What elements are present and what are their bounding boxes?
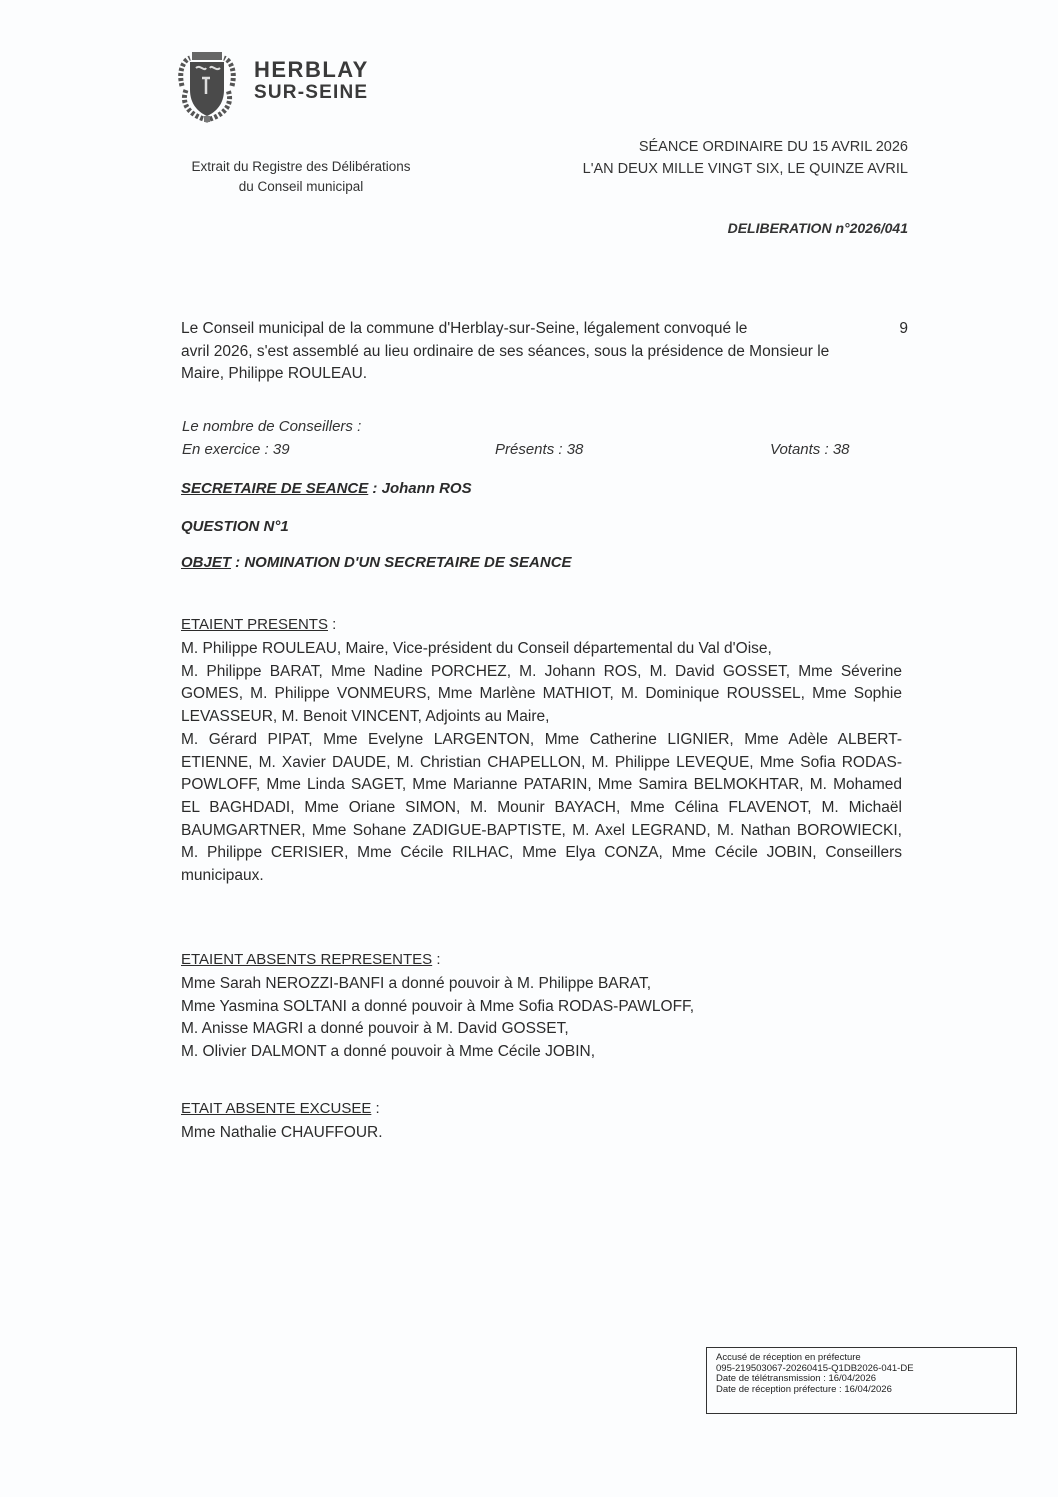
stamp-title: Accusé de réception en préfecture: [716, 1353, 1007, 1364]
intro-line-2: avril 2026, s'est assemblé au lieu ordin…: [181, 341, 908, 364]
absents-representes-title-text: ETAIENT ABSENTS REPRESENTES: [181, 951, 432, 968]
absente-excusee-title-text: ETAIT ABSENTE EXCUSEE: [181, 1100, 371, 1117]
prefecture-receipt-stamp: Accusé de réception en préfecture 095-21…: [706, 1347, 1017, 1414]
intro-paragraph: Le Conseil municipal de la commune d'Her…: [181, 318, 908, 386]
coat-of-arms-icon: [176, 50, 238, 124]
absente-excusee-title: ETAIT ABSENTE EXCUSEE :: [181, 1100, 380, 1117]
absente-excusee-list: Mme Nathalie CHAUFFOUR.: [181, 1122, 383, 1145]
presents-title-suffix: :: [328, 616, 336, 633]
list-item: M. Olivier DALMONT a donné pouvoir à Mme…: [181, 1041, 694, 1064]
question-number: QUESTION N°1: [181, 518, 289, 535]
secretaire-value: : Johann ROS: [368, 480, 471, 497]
logo-title: HERBLAY: [254, 58, 369, 82]
presents-title: ETAIENT PRESENTS :: [181, 616, 336, 633]
objet-value: : NOMINATION D'UN SECRETAIRE DE SEANCE: [231, 554, 572, 571]
seance-date-words: L'AN DEUX MILLE VINGT SIX, LE QUINZE AVR…: [583, 158, 908, 180]
intro-line-3: Maire, Philippe ROULEAU.: [181, 363, 908, 386]
deliberation-number: DELIBERATION n°2026/041: [728, 220, 908, 236]
seance-info: SÉANCE ORDINAIRE DU 15 AVRIL 2026 L'AN D…: [583, 136, 908, 180]
seance-date: SÉANCE ORDINAIRE DU 15 AVRIL 2026: [583, 136, 908, 158]
objet: OBJET : NOMINATION D'UN SECRETAIRE DE SE…: [181, 554, 572, 571]
logo-subtitle: SUR-SEINE: [254, 82, 368, 104]
list-item: Mme Yasmina SOLTANI a donné pouvoir à Mm…: [181, 996, 694, 1019]
list-item: M. Anisse MAGRI a donné pouvoir à M. Dav…: [181, 1018, 694, 1041]
stamp-reception-date: Date de réception préfecture : 16/04/202…: [716, 1385, 1007, 1396]
absents-representes-list: Mme Sarah NEROZZI-BANFI a donné pouvoir …: [181, 973, 694, 1063]
intro-line-1: Le Conseil municipal de la commune d'Her…: [181, 318, 908, 341]
secretaire-de-seance: SECRETAIRE DE SEANCE : Johann ROS: [181, 480, 472, 497]
convocation-day: 9: [899, 318, 908, 341]
count-presents: Présents : 38: [495, 441, 583, 458]
presents-list: M. Philippe ROULEAU, Maire, Vice-préside…: [181, 638, 902, 888]
registre-line-2: du Conseil municipal: [176, 177, 426, 197]
registre-label: Extrait du Registre des Délibérations du…: [176, 157, 426, 197]
presents-title-text: ETAIENT PRESENTS: [181, 616, 328, 633]
secretaire-label: SECRETAIRE DE SEANCE: [181, 480, 368, 497]
city-logo: HERBLAY SUR-SEINE: [172, 46, 402, 126]
counts-label: Le nombre de Conseillers :: [182, 418, 361, 435]
absents-representes-suffix: :: [432, 951, 440, 968]
stamp-transmission-date: Date de télétransmission : 16/04/2026: [716, 1374, 1007, 1385]
absente-excusee-suffix: :: [371, 1100, 379, 1117]
objet-label: OBJET: [181, 554, 231, 571]
list-item: Mme Nathalie CHAUFFOUR.: [181, 1122, 383, 1145]
conseillers-list: M. Gérard PIPAT, Mme Evelyne LARGENTON, …: [181, 729, 902, 888]
absents-representes-title: ETAIENT ABSENTS REPRESENTES :: [181, 951, 441, 968]
maire-line: M. Philippe ROULEAU, Maire, Vice-préside…: [181, 638, 902, 661]
list-item: Mme Sarah NEROZZI-BANFI a donné pouvoir …: [181, 973, 694, 996]
adjoints-list: M. Philippe BARAT, Mme Nadine PORCHEZ, M…: [181, 661, 902, 729]
count-votants: Votants : 38: [770, 441, 850, 458]
registre-line-1: Extrait du Registre des Délibérations: [176, 157, 426, 177]
count-en-exercice: En exercice : 39: [182, 441, 290, 458]
